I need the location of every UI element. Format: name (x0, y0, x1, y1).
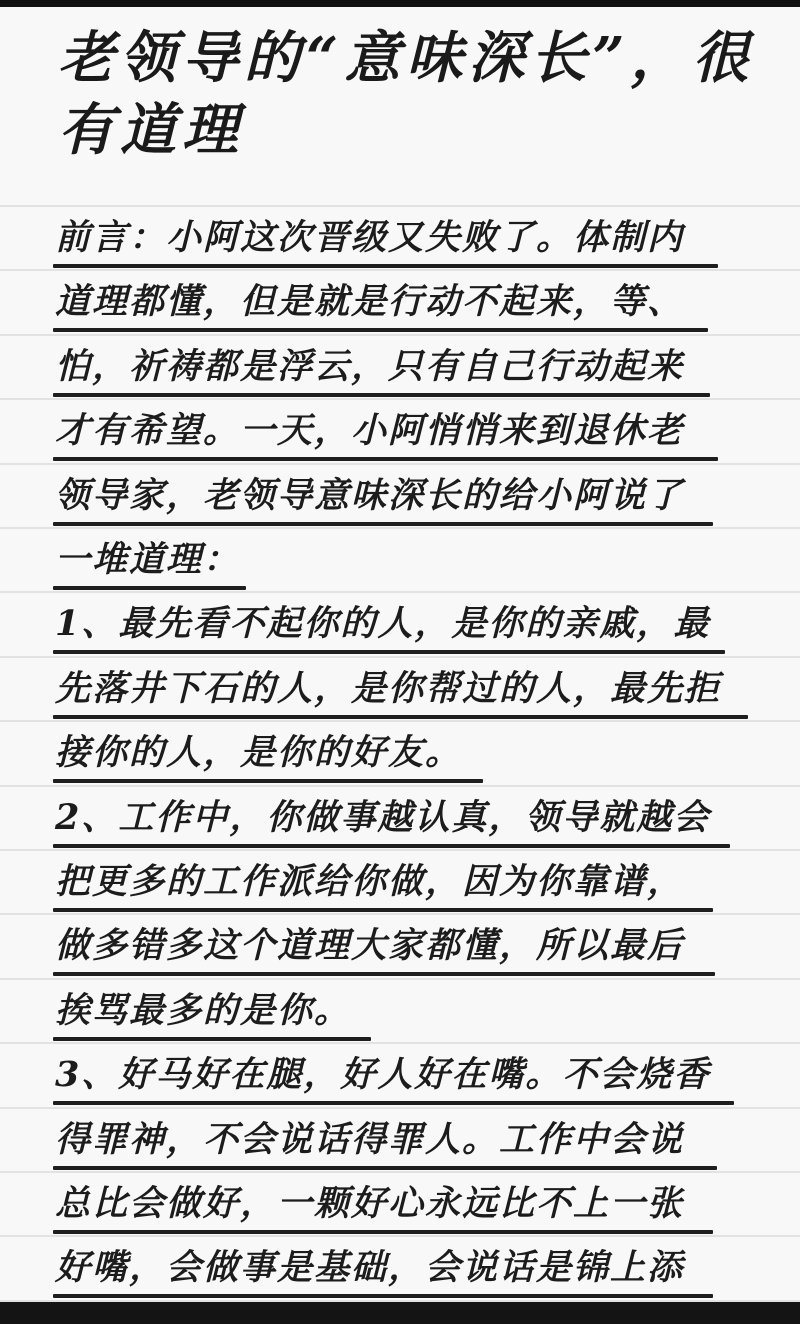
title-line-2: 有道理 (58, 94, 778, 166)
text-underline (53, 908, 713, 912)
text-line: 先落井下石的人，是你帮过的人，最先拒 (0, 657, 800, 721)
text-underline (53, 264, 718, 268)
title-line-1: 老领导的“意味深长”，很 (58, 22, 778, 94)
text-line: 3、好马好在腿，好人好在嘴。不会烧香 (0, 1043, 800, 1107)
text-line: 挨骂最多的是你。 (0, 979, 800, 1043)
text-underline (53, 844, 730, 848)
line-text: 3、好马好在腿，好人好在嘴。不会烧香 (55, 1053, 710, 1097)
text-underline (53, 1294, 713, 1298)
text-underline (53, 1101, 734, 1105)
line-text: 把更多的工作派给你做，因为你靠谱， (55, 860, 684, 904)
line-text: 怕，祈祷都是浮云，只有自己行动起来 (55, 345, 684, 389)
top-status-bar (0, 0, 800, 7)
text-line: 道理都懂，但是就是行动不起来，等、 (0, 270, 800, 334)
text-underline (53, 715, 748, 719)
text-line: 做多错多这个道理大家都懂，所以最后 (0, 914, 800, 978)
line-text: 2、工作中，你做事越认真，领导就越会 (55, 796, 710, 840)
text-underline (53, 1166, 717, 1170)
bottom-bar (0, 1302, 800, 1324)
text-underline (53, 393, 710, 397)
text-line: 好嘴，会做事是基础，会说话是锦上添 (0, 1236, 800, 1300)
text-underline (53, 1037, 371, 1041)
text-line: 得罪神，不会说话得罪人。工作中会说 (0, 1108, 800, 1172)
line-text: 挨骂最多的是你。 (55, 989, 351, 1033)
line-text: 先落井下石的人，是你帮过的人，最先拒 (55, 667, 721, 711)
line-text: 接你的人，是你的好友。 (55, 731, 462, 775)
line-text: 领导家，老领导意味深长的给小阿说了 (55, 474, 684, 518)
text-line: 2、工作中，你做事越认真，领导就越会 (0, 786, 800, 850)
line-text: 做多错多这个道理大家都懂，所以最后 (55, 924, 684, 968)
text-line: 接你的人，是你的好友。 (0, 721, 800, 785)
text-underline (53, 586, 246, 590)
line-text: 道理都懂，但是就是行动不起来，等、 (55, 280, 684, 324)
text-underline (53, 1230, 713, 1234)
text-line: 一堆道理： (0, 528, 800, 592)
line-text: 一堆道理： (55, 538, 240, 582)
text-line: 把更多的工作派给你做，因为你靠谱， (0, 850, 800, 914)
notebook-page: 老领导的“意味深长”，很 有道理 前言：小阿这次晋级又失败了。体制内道理都懂，但… (0, 0, 800, 1324)
line-text: 总比会做好，一颗好心永远比不上一张 (55, 1182, 684, 1226)
text-line: 总比会做好，一颗好心永远比不上一张 (0, 1172, 800, 1236)
page-title: 老领导的“意味深长”，很 有道理 (58, 22, 778, 166)
text-line: 怕，祈祷都是浮云，只有自己行动起来 (0, 335, 800, 399)
text-underline (53, 457, 718, 461)
text-underline (53, 972, 715, 976)
text-underline (53, 779, 483, 783)
text-line: 领导家，老领导意味深长的给小阿说了 (0, 464, 800, 528)
text-underline (53, 650, 725, 654)
line-text: 才有希望。一天，小阿悄悄来到退休老 (55, 409, 684, 453)
line-text: 前言：小阿这次晋级又失败了。体制内 (55, 216, 684, 260)
text-underline (53, 522, 713, 526)
line-text: 得罪神，不会说话得罪人。工作中会说 (55, 1118, 684, 1162)
line-text: 好嘴，会做事是基础，会说话是锦上添 (55, 1246, 684, 1290)
line-text: 1、最先看不起你的人，是你的亲戚，最 (55, 602, 710, 646)
text-line: 1、最先看不起你的人，是你的亲戚，最 (0, 592, 800, 656)
text-line: 前言：小阿这次晋级又失败了。体制内 (0, 206, 800, 270)
text-line: 才有希望。一天，小阿悄悄来到退休老 (0, 399, 800, 463)
text-underline (53, 328, 708, 332)
